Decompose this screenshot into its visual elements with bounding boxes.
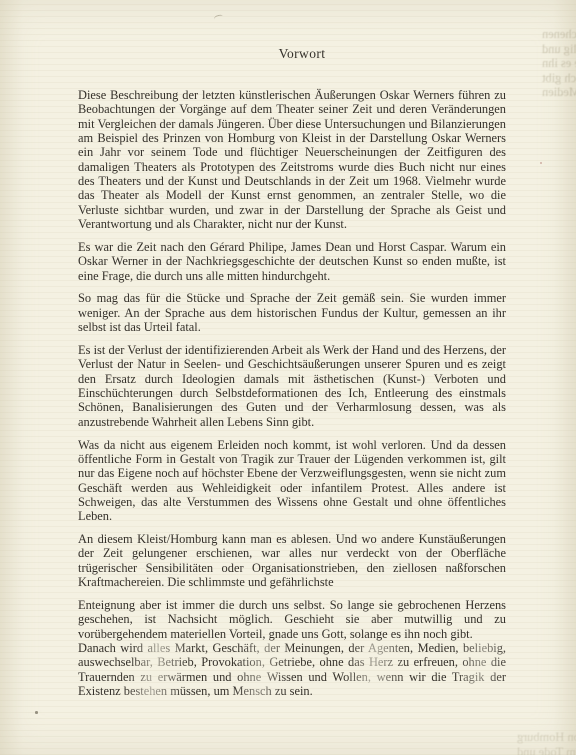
scan-speck bbox=[540, 162, 542, 164]
scanned-book-page: Enteignung aber ist immer die durch uns … bbox=[0, 0, 576, 755]
preface-body: Diese Beschreibung der letzten künstleri… bbox=[78, 88, 506, 707]
show-through-line: von Kleist in der Darstellung Oskar Wern… bbox=[517, 745, 576, 755]
page-title: Vorwort bbox=[0, 46, 576, 62]
pencil-mark-speck bbox=[213, 14, 223, 22]
paragraph-3: So mag das für die Stücke und Sprache de… bbox=[78, 291, 506, 334]
paragraph-8: Danach wird alles Markt, Geschäft, der M… bbox=[78, 641, 506, 698]
verso-show-through-bottom: Untersuchungen und Bilanzierungen am Bei… bbox=[517, 730, 518, 755]
paragraph-1: Diese Beschreibung der letzten künstleri… bbox=[78, 88, 506, 231]
paragraph-2: Es war die Zeit nach den Gérard Philipe,… bbox=[78, 240, 506, 283]
verso-show-through-top: Enteignung aber ist immer die durch uns … bbox=[542, 27, 543, 100]
paragraph-6: An diesem Kleist/Homburg kann man es abl… bbox=[78, 532, 506, 589]
paragraph-4: Es ist der Verlust der identifizierenden… bbox=[78, 343, 506, 429]
show-through-line: Enteignung aber ist immer die durch uns … bbox=[542, 27, 576, 42]
show-through-line: Untersuchungen und Bilanzierungen am Bei… bbox=[517, 730, 576, 745]
show-through-line: noch gibt. bbox=[542, 71, 576, 86]
paragraph-5: Was da nicht aus eigenem Erleiden noch k… bbox=[78, 438, 506, 524]
paragraph-7: Enteignung aber ist immer die durch uns … bbox=[78, 598, 506, 641]
show-through-line: Danach wird alles Markt, Geschäft, der M… bbox=[542, 85, 576, 100]
scan-speck bbox=[35, 711, 38, 714]
